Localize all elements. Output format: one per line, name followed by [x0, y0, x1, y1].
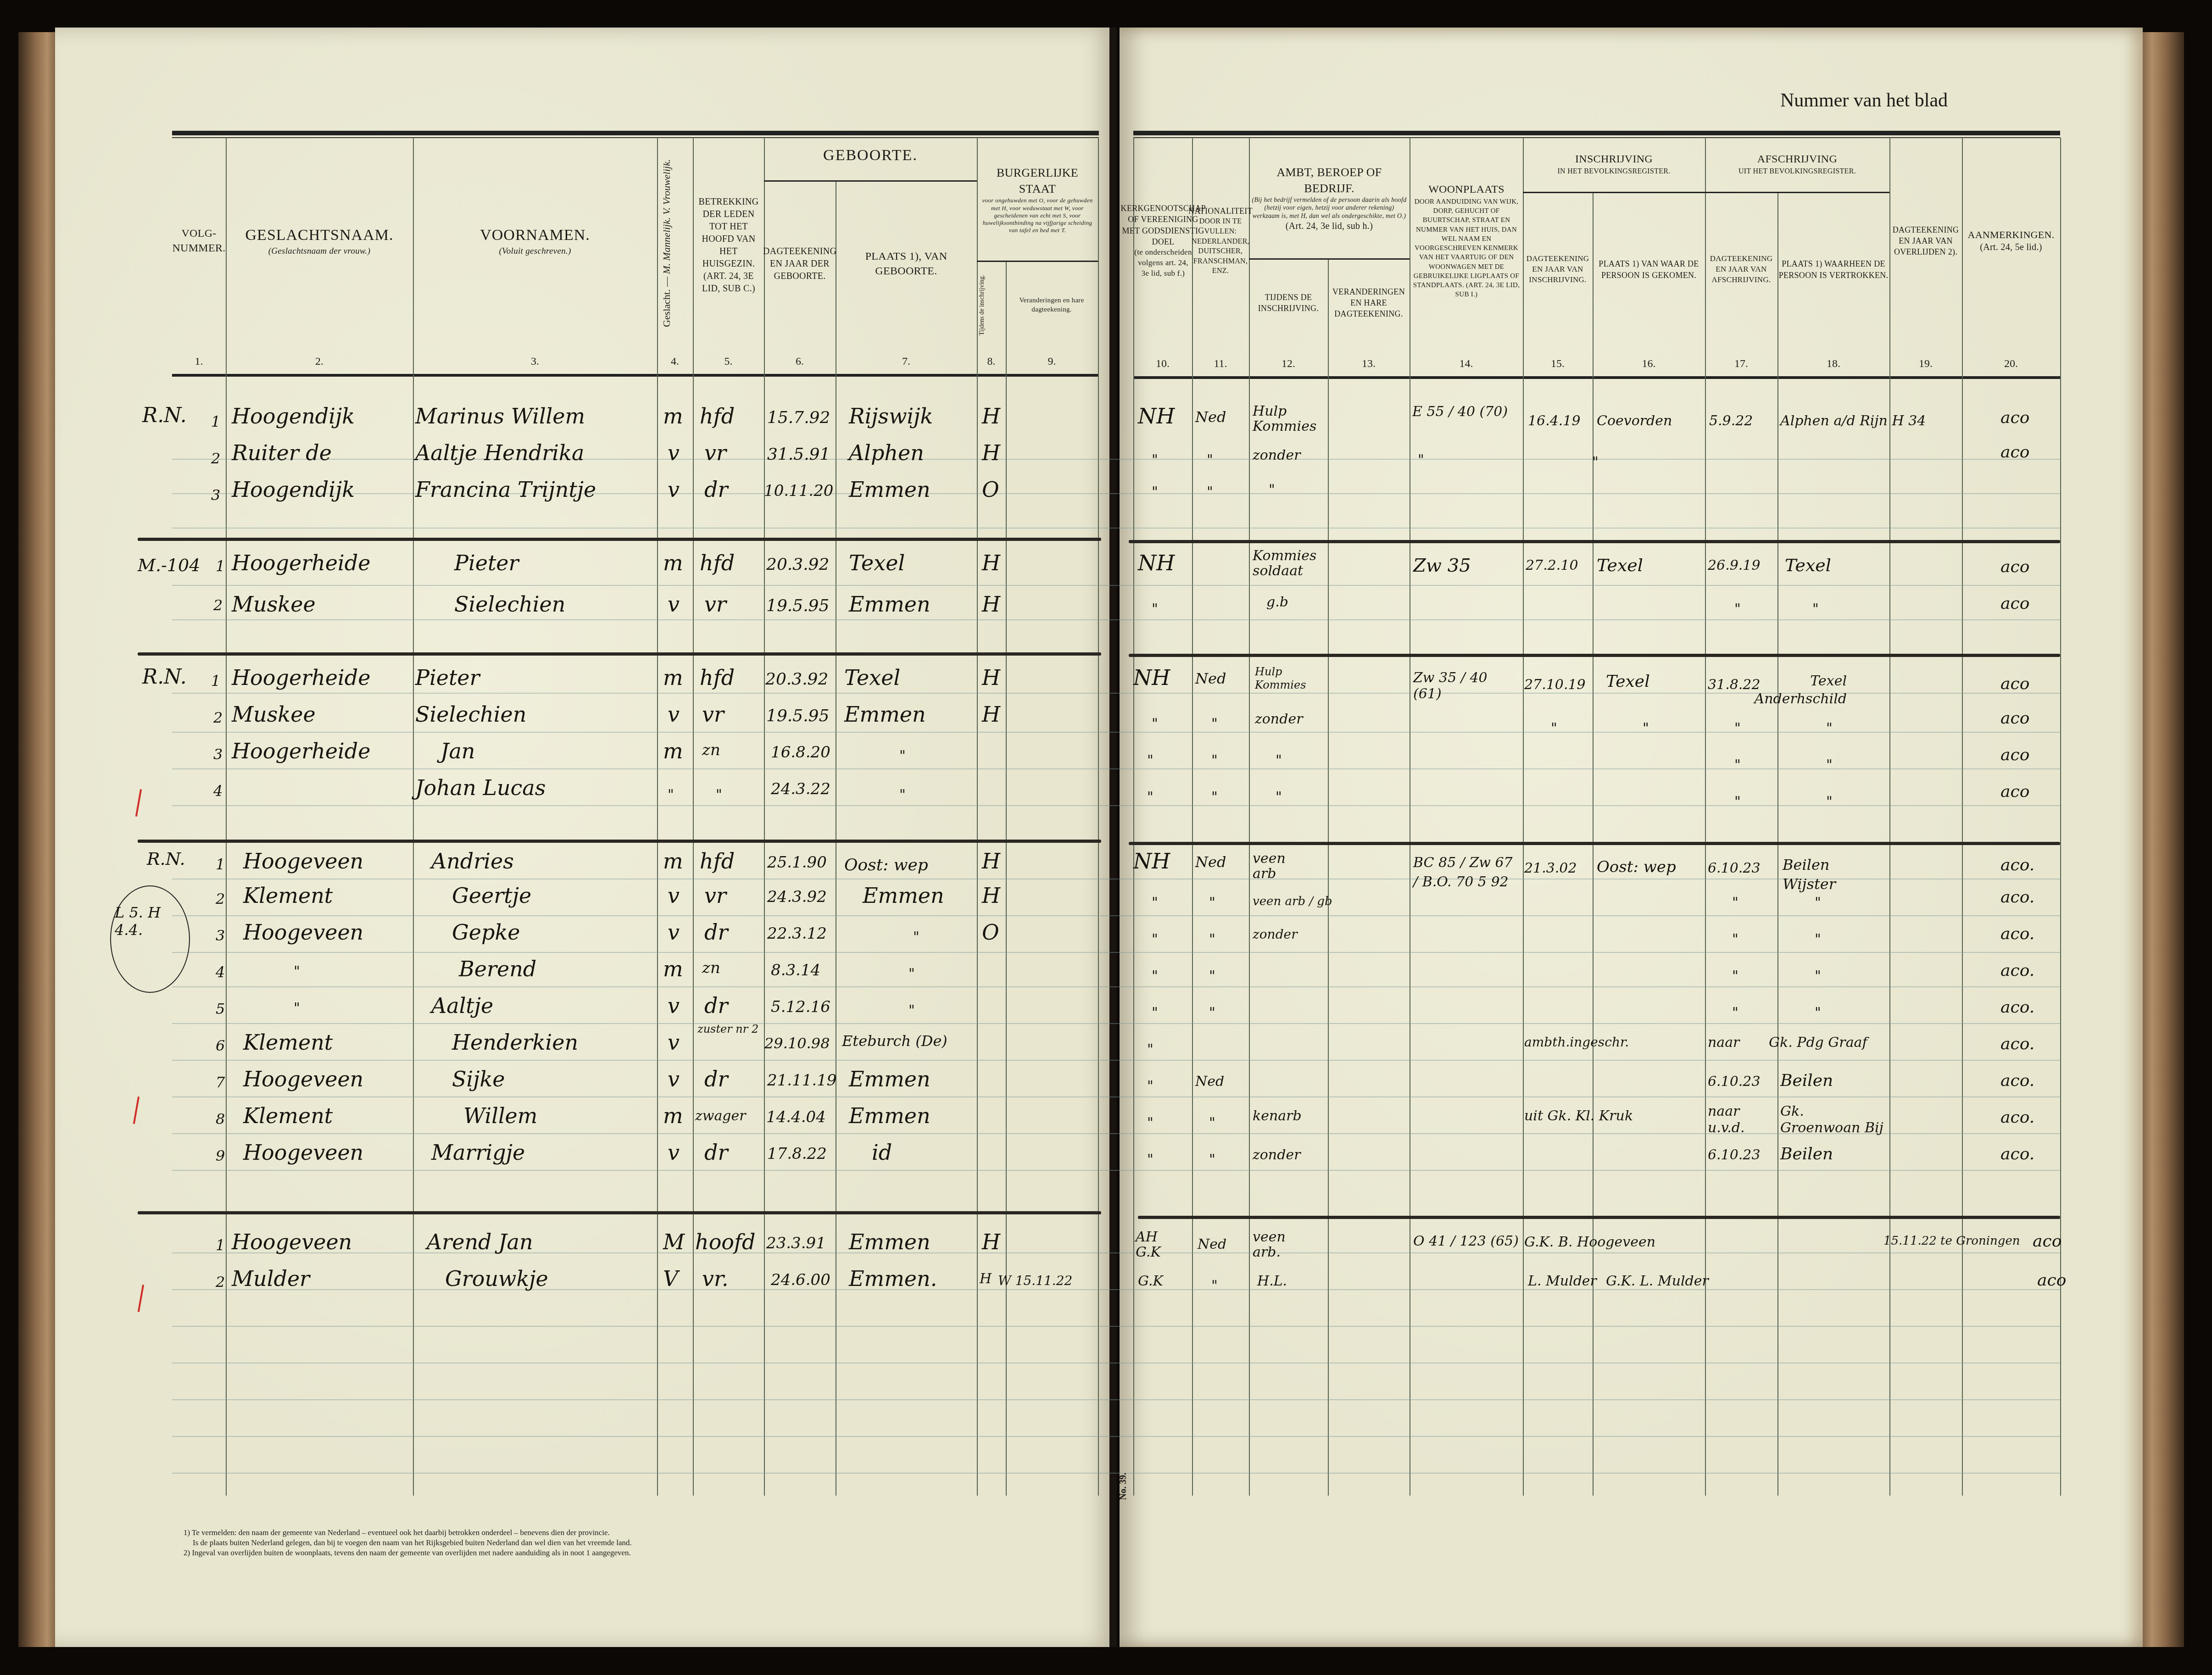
- h2-r2-rel: vr: [704, 592, 726, 617]
- h3-r1-occ: Hulp Kommies: [1255, 665, 1324, 692]
- footnote-2: 2) Ingeval van overlijden buiten de woon…: [184, 1548, 631, 1558]
- h1-r1-pob: Rijswijk: [849, 404, 933, 428]
- household-separator: [138, 840, 1101, 843]
- col-number-16: 16.: [1593, 358, 1705, 370]
- h3-r2-num: 2: [213, 709, 223, 726]
- h4-r6-out-to: Gk. Pdg Graaf: [1769, 1035, 1867, 1051]
- h2-r2-occ: g.b: [1266, 594, 1288, 610]
- h3-r3-num: 3: [213, 746, 223, 763]
- household-4-margin-note: R.N.: [147, 849, 185, 869]
- book-spine: [1109, 28, 1117, 1647]
- col-number-12: 12.: [1249, 358, 1328, 370]
- h4-r1-out-date: 6.10.23: [1708, 860, 1761, 876]
- h4-r8-pob: Emmen: [849, 1103, 930, 1128]
- h5-r2-civ: H: [980, 1271, 992, 1287]
- h4-r9-nat: ": [1209, 1152, 1215, 1168]
- col-number-3: 3.: [413, 356, 657, 368]
- h5-r2-occ: H.L.: [1257, 1273, 1287, 1289]
- h3-r3-surname: Hoogerheide: [232, 739, 370, 763]
- h5-r2-in-from: G.K. L. Mulder: [1606, 1273, 1709, 1289]
- h3-r1-nat: Ned: [1195, 670, 1226, 687]
- h4-r4-num: 4: [216, 963, 225, 981]
- h2-r1-given: Pieter: [454, 551, 519, 575]
- h2-r2-given: Sielechien: [454, 592, 565, 617]
- h3-r2-out-to: ": [1826, 720, 1833, 736]
- ruled-line: [172, 1096, 2060, 1097]
- col-number-8: 8.: [977, 356, 1006, 368]
- h1-r1-num: 1: [211, 413, 220, 430]
- h4-r7-pob: Emmen: [849, 1067, 930, 1091]
- h2-r2-civ: H: [982, 592, 1000, 617]
- h3-r4-num: 4: [213, 782, 223, 800]
- h4-r1-nat: Ned: [1195, 853, 1226, 871]
- h2-r1-in-date: 27.2.10: [1526, 557, 1578, 573]
- h3-r1-in-from: Texel: [1606, 672, 1650, 691]
- h2-r1-pob: Texel: [849, 551, 905, 575]
- h3-r4-nat: ": [1211, 789, 1218, 805]
- h4-r4-surname: ": [294, 963, 300, 979]
- col-number-13: 13.: [1328, 358, 1410, 370]
- h1-r1-in-date: 16.4.19: [1528, 413, 1581, 429]
- sheet-number: No. 39.: [1118, 1473, 1129, 1500]
- h5-r1-sex: M: [663, 1230, 685, 1254]
- h4-r3-num: 3: [216, 927, 225, 944]
- h4-r1-in-date: 21.3.02: [1524, 860, 1577, 876]
- h4-r8-out-date: naar u.v.d.: [1708, 1103, 1772, 1136]
- h1-r2-dob: 31.5.91: [767, 445, 830, 464]
- h4-r3-nat: ": [1209, 931, 1215, 947]
- h4-r8-nat: ": [1209, 1115, 1215, 1131]
- h3-r3-occ: ": [1276, 752, 1282, 768]
- h3-r2-in-date: ": [1551, 720, 1557, 736]
- h1-r3-given: Francina Trijntje: [415, 477, 596, 502]
- header-col-3: Voornamen.(Voluit geschreven.): [413, 138, 657, 344]
- ruled-line: [172, 1023, 2060, 1024]
- h4-r2-out-to: ": [1815, 895, 1821, 911]
- h4-r7-given: Sijke: [452, 1067, 505, 1091]
- header-col-2: Geslachtsnaam.(Geslachtsnaam der vrouw.): [226, 138, 413, 344]
- h5-r1-rel: hoofd: [695, 1230, 756, 1254]
- h5-r2-nat: ": [1211, 1278, 1218, 1294]
- header-col-4: Geslacht. — M. Mannelijk. V. Vrouwelijk.: [661, 147, 688, 339]
- h2-r2-church: ": [1152, 601, 1158, 617]
- h3-r1-surname: Hoogerheide: [232, 665, 370, 690]
- h5-r1-civ: H: [982, 1230, 1000, 1254]
- h1-r2-rel: vr: [704, 440, 726, 465]
- h5-r1-in-date: G.K. B. Hoogeveen: [1524, 1234, 1655, 1250]
- h4-r2-remark: aco.: [2000, 888, 2034, 907]
- h4-r3-civ: O: [982, 920, 999, 945]
- ruled-line: [172, 805, 2060, 806]
- h3-r4-sex: ": [668, 787, 674, 803]
- col-line: [836, 181, 836, 1496]
- h4-r5-out-to: ": [1815, 1005, 1821, 1021]
- h4-r7-dob: 21.11.19: [767, 1071, 836, 1090]
- h4-r8-remark: aco.: [2000, 1108, 2034, 1127]
- h3-r2-rel: vr: [702, 702, 724, 727]
- h4-r6-remark: aco.: [2000, 1035, 2034, 1053]
- h4-r2-church: ": [1152, 895, 1158, 911]
- h4-r8-rel: zwager: [695, 1108, 746, 1124]
- col-number-11: 11.: [1192, 358, 1249, 370]
- col-number-4: 4.: [657, 356, 693, 368]
- h4-r4-out-to: ": [1815, 968, 1821, 984]
- h4-r7-surname: Hoogeveen: [243, 1067, 363, 1091]
- ruled-line: [172, 528, 2060, 529]
- h5-r2-num: 2: [216, 1273, 225, 1291]
- ruled-line: [172, 879, 2060, 879]
- h4-r3-rel: dr: [704, 920, 728, 945]
- h1-r3-num: 3: [211, 486, 220, 504]
- h2-r1-rel: hfd: [700, 551, 735, 575]
- col-number-14: 14.: [1410, 358, 1523, 370]
- h4-r3-dob: 22.3.12: [767, 924, 827, 943]
- household-separator: [138, 1211, 1101, 1214]
- h1-r1-res: E 55 / 40 (70): [1412, 404, 1508, 420]
- afschrijving-subrule: [1705, 192, 1889, 193]
- h3-r1-res: Zw 35 / 40 (61): [1413, 670, 1519, 702]
- h4-r9-occ: zonder: [1253, 1147, 1301, 1163]
- household-2-margin-note: M.-104: [138, 555, 200, 575]
- h4-r9-remark: aco.: [2000, 1145, 2034, 1163]
- h5-r1-nat: Ned: [1198, 1236, 1226, 1252]
- household-4-circled-note: [110, 885, 190, 993]
- h1-r3-civ: O: [982, 477, 999, 502]
- h4-r5-remark: aco.: [2000, 998, 2034, 1017]
- h4-r3-remark: aco.: [2000, 924, 2034, 943]
- h2-r2-out-date: ": [1734, 601, 1741, 617]
- col-number-9: 9.: [1006, 356, 1098, 368]
- h4-r7-church: ": [1147, 1078, 1153, 1094]
- header-col-12: Tijdens de inschrijving.: [1249, 262, 1328, 344]
- header-col-7: Plaats 1), van geboorte.: [836, 184, 977, 344]
- header-col-19: Dagteekening en jaar van overlijden 2).: [1889, 138, 1962, 344]
- h1-r3-surname: Hoogendijk: [232, 477, 355, 502]
- household-4-margin-note-2: L 5. H 4.4.: [115, 904, 184, 939]
- h3-r2-out-date: ": [1734, 720, 1741, 736]
- ambt-subrule: [1249, 258, 1410, 260]
- h4-r6-dob: 29.10.98: [764, 1035, 830, 1052]
- col-number-18: 18.: [1777, 358, 1889, 370]
- header-col-13: Veranderingen en hare dagteekening.: [1328, 262, 1410, 344]
- h4-r6-out-date: naar: [1708, 1035, 1739, 1051]
- h4-r2-surname: Klement: [243, 883, 333, 908]
- col-line: [2060, 138, 2061, 1496]
- h3-r3-church: ": [1147, 752, 1153, 768]
- household-separator: [1129, 654, 2060, 657]
- h1-r2-pob: Alphen: [849, 440, 924, 465]
- col-number-15: 15.: [1523, 358, 1593, 370]
- ruled-line: [172, 1133, 2060, 1134]
- h2-r2-num: 2: [213, 596, 223, 614]
- h3-r3-given: Jan: [440, 739, 475, 763]
- h4-r1-pob: Oost: wep: [844, 856, 928, 874]
- h3-r2-pob: Emmen: [844, 702, 926, 727]
- h4-r5-surname: ": [294, 1000, 300, 1016]
- h2-r1-res: Zw 35: [1413, 555, 1471, 576]
- h4-r9-rel: dr: [704, 1140, 728, 1165]
- h2-r1-out-date: 26.9.19: [1708, 557, 1761, 573]
- header-col-20: Aanmerkingen.(Art. 24, 5e lid.): [1962, 138, 2060, 344]
- ruled-line: [172, 952, 2060, 953]
- ruled-line: [172, 1399, 2060, 1400]
- h3-r3-rel: zn: [702, 741, 720, 759]
- ruled-line: [172, 1363, 2060, 1363]
- h1-r3-occ: ": [1269, 482, 1275, 498]
- col-line: [1410, 138, 1410, 1496]
- h4-r3-church: ": [1152, 931, 1158, 947]
- h4-r4-remark: aco.: [2000, 961, 2034, 980]
- h3-r1-pob: Texel: [844, 665, 900, 690]
- h3-r1-num: 1: [211, 672, 220, 690]
- header-col-17: Dagteekening en jaar van afschrijving.: [1705, 195, 1777, 344]
- h3-r1-civ: H: [982, 665, 1000, 690]
- h3-r2-sex: v: [668, 702, 680, 727]
- header-col-6: Dagteekening en jaar der geboorte.: [764, 184, 836, 344]
- h4-r4-sex: m: [663, 957, 683, 981]
- h4-r3-pob: ": [913, 929, 919, 945]
- h5-r2-remark: aco: [2037, 1271, 2066, 1290]
- h4-r7-out-to: Beilen: [1780, 1071, 1833, 1090]
- h3-r4-dob: 24.3.22: [771, 780, 830, 798]
- h5-r2-civ-change: W 15.11.22: [998, 1273, 1072, 1288]
- col-number-5: 5.: [693, 356, 764, 368]
- h1-r2-nat: ": [1207, 452, 1213, 468]
- footnote-1: 1) Te vermelden: den naam der gemeente v…: [184, 1528, 610, 1538]
- h1-r2-occ: zonder: [1253, 447, 1301, 463]
- h1-r1-surname: Hoogendijk: [232, 404, 355, 428]
- h1-r1-remark: aco: [2000, 408, 2029, 427]
- header-col-9: Veranderingen en hare dagteekening.: [1006, 266, 1098, 344]
- h4-r4-pob: ": [908, 966, 915, 982]
- h2-r1-surname: Hoogerheide: [232, 551, 370, 575]
- header-col-15: Dagteekening en jaar van inschrijving.: [1523, 195, 1593, 344]
- h4-r3-given: Gepke: [452, 920, 520, 945]
- h5-r2-church: G.K: [1138, 1273, 1163, 1289]
- h5-r2-sex: V: [663, 1266, 678, 1291]
- h4-r2-nat: ": [1209, 895, 1215, 911]
- h4-r5-given: Aaltje: [431, 993, 493, 1018]
- h4-r5-dob: 5.12.16: [771, 998, 830, 1016]
- h3-r2-civ: H: [982, 702, 1000, 727]
- h1-r3-pob: Emmen: [849, 477, 930, 502]
- h4-r1-remark: aco.: [2000, 856, 2034, 874]
- h4-r4-nat: ": [1209, 968, 1215, 984]
- ruled-line: [172, 768, 2060, 769]
- h2-r2-dob: 19.5.95: [766, 596, 829, 615]
- h3-r1-dob: 20.3.92: [765, 670, 828, 689]
- h4-r7-nat: Ned: [1195, 1074, 1224, 1090]
- h4-r1-dob: 25.1.90: [767, 853, 827, 872]
- header-bottom-rule-right: [1133, 376, 2060, 379]
- h4-r5-out-date: ": [1732, 1005, 1738, 1021]
- h4-r3-sex: v: [668, 920, 680, 945]
- h3-r2-dob: 19.5.95: [766, 707, 829, 725]
- h4-r7-sex: v: [668, 1067, 680, 1091]
- h2-r1-in-from: Texel: [1597, 555, 1643, 575]
- group-geboorte: Geboorte.: [764, 147, 977, 164]
- h3-r4-rel: ": [716, 787, 722, 803]
- h3-r4-out-date: ": [1734, 794, 1741, 810]
- h4-r1-sex: m: [663, 849, 683, 874]
- h4-r4-out-date: ": [1732, 968, 1738, 984]
- h2-r1-occ: Kommies soldaat: [1253, 548, 1326, 579]
- h4-r2-given: Geertje: [452, 883, 531, 908]
- h4-r1-in-from: Oost: wep: [1597, 858, 1676, 876]
- ruled-line: [172, 732, 2060, 733]
- h4-r9-out-to: Beilen: [1780, 1145, 1833, 1163]
- h4-r5-num: 5: [216, 1000, 225, 1018]
- h3-r3-out-date: ": [1734, 757, 1741, 773]
- ruled-line: [172, 1060, 2060, 1061]
- h3-r1-rel: hfd: [700, 665, 735, 690]
- header-col-18: Plaats 1) waarheen de persoon is vertrok…: [1777, 195, 1889, 344]
- h4-r4-church: ": [1152, 968, 1158, 984]
- h1-r3-church: ": [1152, 484, 1158, 500]
- h2-r1-out-to: Texel: [1785, 555, 1831, 575]
- h4-r5-pob: ": [908, 1002, 915, 1018]
- h4-r1-surname: Hoogeveen: [243, 849, 363, 874]
- h4-r5-church: ": [1152, 1005, 1158, 1021]
- household-separator: [138, 538, 1101, 541]
- h1-r3-rel: dr: [704, 477, 728, 502]
- h3-r2-church: ": [1152, 716, 1158, 732]
- h1-r1-given: Marinus Willem: [415, 404, 585, 428]
- group-ambt: Ambt, beroep of bedrijf.(Bij het bedrijf…: [1251, 140, 1408, 257]
- h4-r2-civ: H: [982, 883, 1000, 908]
- h3-r4-pob: ": [899, 787, 906, 803]
- h5-r2-rel: vr.: [702, 1266, 729, 1291]
- h4-r4-given: Berend: [459, 957, 536, 981]
- h3-r2-in-from: ": [1643, 720, 1649, 736]
- ruled-line: [172, 1170, 2060, 1171]
- h4-r1-given: Andries: [431, 849, 514, 874]
- h3-r1-remark: aco: [2000, 674, 2029, 693]
- h1-r3-nat: ": [1207, 484, 1213, 500]
- h3-r4-given: Johan Lucas: [415, 775, 546, 800]
- h2-r2-remark: aco: [2000, 594, 2029, 613]
- h4-r9-given: Marrigje: [431, 1140, 525, 1165]
- h4-r5-nat: ": [1209, 1005, 1215, 1021]
- h5-r2-pob: Emmen.: [849, 1266, 937, 1291]
- h1-r1-rel: hfd: [700, 404, 735, 428]
- household-separator: [138, 652, 1101, 656]
- h4-r1-res: BC 85 / Zw 67 / B.O. 70 5 92: [1413, 853, 1519, 892]
- h4-r9-pob: id: [872, 1140, 892, 1165]
- ruled-line: [172, 986, 2060, 987]
- household-separator: [1138, 1216, 2060, 1219]
- h1-r2-res: ": [1418, 452, 1424, 468]
- h3-r1-given: Pieter: [415, 665, 480, 690]
- h5-r1-res: O 41 / 123 (65): [1413, 1232, 1519, 1251]
- h4-r2-pob: Emmen: [863, 883, 944, 908]
- h5-r1-num: 1: [216, 1236, 225, 1254]
- h4-r7-out-date: 6.10.23: [1708, 1074, 1761, 1090]
- header-col-16: Plaats 1) van waar de persoon is gekomen…: [1593, 195, 1705, 344]
- h5-r2-in-date: L. Mulder: [1528, 1273, 1597, 1289]
- household-separator: [1129, 540, 2060, 543]
- ruled-line: [172, 585, 2060, 586]
- h4-r6-surname: Klement: [243, 1030, 333, 1055]
- footnote-1-cont: Is de plaats buiten Nederland gelegen, d…: [193, 1538, 632, 1548]
- h1-r1-sex: m: [663, 404, 683, 428]
- h1-r1-church: NH: [1138, 404, 1175, 428]
- h1-r2-sex: v: [668, 440, 680, 465]
- ruled-line: [172, 619, 2060, 620]
- h4-r4-dob: 8.3.14: [771, 961, 820, 979]
- h1-r2-remark: aco: [2000, 443, 2029, 462]
- col-number-10: 10.: [1133, 358, 1192, 370]
- h4-r1-num: 1: [216, 856, 225, 873]
- h4-r1-church: NH: [1133, 849, 1170, 874]
- h3-r2-nat: ": [1211, 716, 1218, 732]
- h1-r1-out-to: Alphen a/d Rijn H 34: [1780, 413, 1926, 429]
- h2-r2-surname: Muskee: [232, 592, 316, 617]
- h1-r2-in-from: ": [1592, 454, 1599, 470]
- h4-r9-sex: v: [668, 1140, 680, 1165]
- col-line: [977, 138, 978, 1496]
- ruled-line: [172, 1436, 2060, 1437]
- burgerlijke-staat-subrule: [977, 261, 1098, 262]
- h4-r8-dob: 14.4.04: [766, 1108, 826, 1126]
- h3-r3-nat: ": [1211, 752, 1218, 768]
- h3-r2-remark: aco: [2000, 709, 2029, 728]
- h4-r3-out-to: ": [1815, 931, 1821, 947]
- h4-r8-surname: Klement: [243, 1103, 333, 1128]
- h4-r5-rel: dr: [704, 993, 728, 1018]
- h4-r2-occ: veen arb / gb: [1253, 895, 1332, 908]
- h4-r6-pob: Eteburch (De): [842, 1032, 975, 1050]
- col-line: [657, 138, 658, 1496]
- col-line: [1328, 259, 1329, 1496]
- h1-r1-dob: 15.7.92: [767, 408, 830, 427]
- h1-r2-given: Aaltje Hendrika: [415, 440, 584, 465]
- h2-r1-remark: aco: [2000, 557, 2029, 576]
- header-top-rule-left: [172, 131, 1099, 135]
- h4-r6-in-date: ambth.ingeschr.: [1524, 1035, 1629, 1050]
- h4-r7-num: 7: [216, 1074, 225, 1091]
- h5-r2-dob: 24.6.00: [771, 1271, 830, 1289]
- header-col-10: Kerkgenootschap of vereeniging met godsd…: [1134, 138, 1192, 344]
- h4-r9-out-date: 6.10.23: [1708, 1147, 1761, 1163]
- h3-r3-pob: ": [899, 748, 906, 764]
- h4-r2-out-date: ": [1732, 895, 1738, 911]
- h4-r1-occ: veen arb: [1253, 851, 1298, 881]
- h5-r1-dob: 23.3.91: [766, 1234, 826, 1252]
- h1-r3-dob: 10.11.20: [764, 482, 833, 500]
- h4-r8-out-to: Gk. Groenwoan Bij: [1780, 1103, 1886, 1136]
- ruled-line: [172, 1473, 2060, 1474]
- h1-r1-occ: Hulp Kommies: [1253, 404, 1326, 434]
- h5-r2-given: Grouwkje: [445, 1266, 548, 1291]
- h3-r4-remark: aco: [2000, 782, 2029, 801]
- h1-r1-in-from: Coevorden: [1597, 413, 1672, 429]
- geboorte-subrule: [764, 180, 977, 182]
- h1-r2-surname: Ruiter de: [232, 440, 332, 465]
- h4-r6-given: Henderkien: [452, 1030, 578, 1055]
- header-bottom-rule-left: [172, 374, 1099, 377]
- h4-r6-sex: v: [668, 1030, 680, 1055]
- book-edge-right: [2138, 32, 2184, 1647]
- h1-r3-sex: v: [668, 477, 680, 502]
- h4-r9-num: 9: [216, 1147, 225, 1164]
- group-afschrijving: Afschrijvinguit het bevolkingsregister.: [1705, 138, 1889, 190]
- h4-r4-rel: zn: [702, 959, 720, 977]
- h3-r1-sex: m: [663, 665, 683, 690]
- h5-r1-church: AH G.K: [1136, 1230, 1186, 1260]
- h4-r9-church: ": [1147, 1152, 1153, 1168]
- col-number-20: 20.: [1962, 358, 2060, 370]
